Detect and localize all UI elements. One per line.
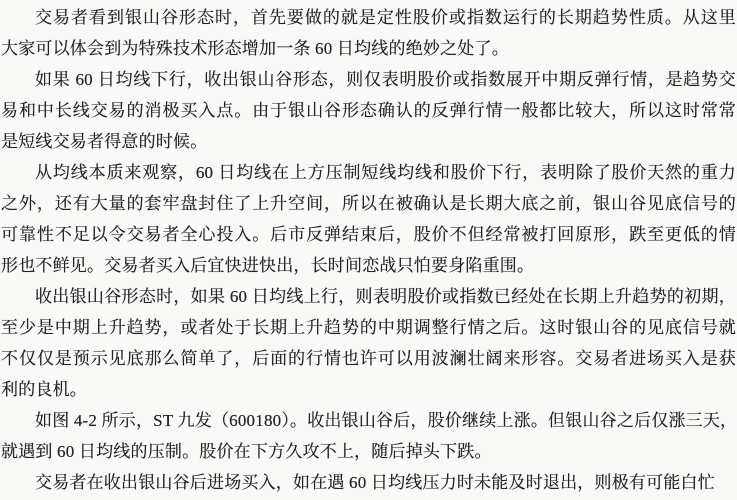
text-line: 是短线交易者得意的时候。 xyxy=(1,126,736,157)
text-line: 交易者在收出银山谷后进场买入，如在遇 60 日均线压力时未能及时退出，则极有可能… xyxy=(1,467,736,498)
paragraph: 从均线本质来观察，60 日均线在上方压制短线均线和股价下行，表明除了股价天然的重… xyxy=(1,157,736,281)
scanned-book-page: 交易者看到银山谷形态时，首先要做的就是定性股价或指数运行的长期趋势性质。从这里大… xyxy=(0,0,737,500)
paragraph: 收出银山谷形态时，如果 60 日均线上行，则表明股价或指数已经处在长期上升趋势的… xyxy=(1,281,736,405)
text-line: 利的良机。 xyxy=(1,374,736,405)
text-line: 至少是中期上升趋势，或者处于长期上升趋势的中期调整行情之后。这时银山谷的见底信号… xyxy=(1,312,736,343)
text-line: 大家可以体会到为特殊技术形态增加一条 60 日均线的绝妙之处了。 xyxy=(1,33,736,64)
text-line: 如果 60 日均线下行，收出银山谷形态，则仅表明股价或指数展开中期反弹行情，是趋… xyxy=(1,64,736,95)
text-line: 从均线本质来观察，60 日均线在上方压制短线均线和股价下行，表明除了股价天然的重… xyxy=(1,157,736,188)
text-line: 可靠性不足以令交易者全心投入。后市反弹结束后，股价不但经常被打回原形，跌至更低的… xyxy=(1,219,736,250)
text-line: 就遇到 60 日均线的压制。股价在下方久攻不上，随后掉头下跌。 xyxy=(1,436,736,467)
paragraph: 交易者看到银山谷形态时，首先要做的就是定性股价或指数运行的长期趋势性质。从这里大… xyxy=(1,2,736,64)
text-line: 交易者看到银山谷形态时，首先要做的就是定性股价或指数运行的长期趋势性质。从这里 xyxy=(1,2,736,33)
text-line: 之外，还有大量的套牢盘封住了上升空间，所以在被确认是长期大底之前，银山谷见底信号… xyxy=(1,188,736,219)
paragraph: 如果 60 日均线下行，收出银山谷形态，则仅表明股价或指数展开中期反弹行情，是趋… xyxy=(1,64,736,157)
text-line: 如图 4-2 所示，ST 九发（600180）。收出银山谷后，股价继续上涨。但银… xyxy=(1,405,736,436)
text-line: 不仅仅是预示见底那么简单了，后面的行情也许可以用波澜壮阔来形容。交易者进场买入是… xyxy=(1,343,736,374)
paragraph: 如图 4-2 所示，ST 九发（600180）。收出银山谷后，股价继续上涨。但银… xyxy=(1,405,736,467)
text-line: 形也不鲜见。交易者买入后宜快进快出，长时间恋战只怕要身陷重围。 xyxy=(1,250,736,281)
text-line: 收出银山谷形态时，如果 60 日均线上行，则表明股价或指数已经处在长期上升趋势的… xyxy=(1,281,736,312)
text-line: 易和中长线交易的消极买入点。由于银山谷形态确认的反弹行情一般都比较大，所以这时常… xyxy=(1,95,736,126)
paragraph: 交易者在收出银山谷后进场买入，如在遇 60 日均线压力时未能及时退出，则极有可能… xyxy=(1,467,736,498)
